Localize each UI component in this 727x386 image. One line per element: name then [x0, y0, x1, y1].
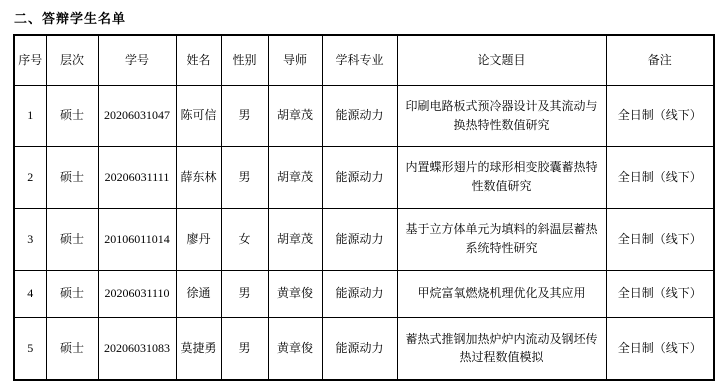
table-cell: 3: [14, 208, 46, 270]
table-cell: 胡章茂: [268, 85, 322, 146]
table-cell: 能源动力: [322, 270, 397, 317]
defense-student-table: 序号层次学号姓名性别导师学科专业论文题目备注 1硕士20206031047陈可信…: [13, 34, 715, 381]
table-row: 2硕士20206031111薛东林男胡章茂能源动力内置蝶形翅片的球形相变胶囊蓄热…: [14, 146, 714, 208]
table-row: 1硕士20206031047陈可信男胡章茂能源动力印刷电路板式预冷器设计及其流动…: [14, 85, 714, 146]
table-cell: 全日制（线下）: [606, 208, 714, 270]
table-cell: 硕士: [46, 208, 98, 270]
column-header: 备注: [606, 35, 714, 85]
table-cell: 全日制（线下）: [606, 146, 714, 208]
table-cell: 20206031083: [98, 317, 176, 380]
table-row: 3硕士20106011014廖丹女胡章茂能源动力基于立方体单元为填料的斜温层蓄热…: [14, 208, 714, 270]
column-header: 姓名: [176, 35, 221, 85]
table-cell: 1: [14, 85, 46, 146]
table-cell: 男: [221, 317, 268, 380]
table-cell: 廖丹: [176, 208, 221, 270]
table-header: 序号层次学号姓名性别导师学科专业论文题目备注: [14, 35, 714, 85]
table-cell: 男: [221, 85, 268, 146]
table-cell: 内置蝶形翅片的球形相变胶囊蓄热特性数值研究: [397, 146, 606, 208]
table-cell: 能源动力: [322, 85, 397, 146]
column-header: 论文题目: [397, 35, 606, 85]
column-header: 导师: [268, 35, 322, 85]
table-cell: 胡章茂: [268, 208, 322, 270]
table-cell: 硕士: [46, 270, 98, 317]
table-cell: 基于立方体单元为填料的斜温层蓄热系统特性研究: [397, 208, 606, 270]
column-header: 学号: [98, 35, 176, 85]
table-cell: 5: [14, 317, 46, 380]
table-cell: 20206031111: [98, 146, 176, 208]
table-cell: 印刷电路板式预冷器设计及其流动与换热特性数值研究: [397, 85, 606, 146]
section-title: 二、答辩学生名单: [0, 0, 727, 34]
table-cell: 能源动力: [322, 208, 397, 270]
table-cell: 男: [221, 146, 268, 208]
table-cell: 莫捷勇: [176, 317, 221, 380]
table-cell: 徐通: [176, 270, 221, 317]
table-cell: 硕士: [46, 146, 98, 208]
header-row: 序号层次学号姓名性别导师学科专业论文题目备注: [14, 35, 714, 85]
table-cell: 4: [14, 270, 46, 317]
table-body: 1硕士20206031047陈可信男胡章茂能源动力印刷电路板式预冷器设计及其流动…: [14, 85, 714, 380]
column-header: 层次: [46, 35, 98, 85]
table-cell: 硕士: [46, 317, 98, 380]
table-row: 4硕士20206031110徐通男黄章俊能源动力甲烷富氧燃烧机理优化及其应用全日…: [14, 270, 714, 317]
table-cell: 20106011014: [98, 208, 176, 270]
table-cell: 陈可信: [176, 85, 221, 146]
table-cell: 男: [221, 270, 268, 317]
document-page: 二、答辩学生名单 序号层次学号姓名性别导师学科专业论文题目备注 1硕士20206…: [0, 0, 727, 386]
table-cell: 胡章茂: [268, 146, 322, 208]
table-cell: 20206031047: [98, 85, 176, 146]
column-header: 性别: [221, 35, 268, 85]
table-cell: 全日制（线下）: [606, 85, 714, 146]
table-cell: 黄章俊: [268, 270, 322, 317]
table-cell: 2: [14, 146, 46, 208]
table-cell: 女: [221, 208, 268, 270]
column-header: 序号: [14, 35, 46, 85]
table-cell: 能源动力: [322, 146, 397, 208]
table-cell: 硕士: [46, 85, 98, 146]
table-cell: 能源动力: [322, 317, 397, 380]
table-cell: 蓄热式推钢加热炉炉内流动及钢坯传热过程数值模拟: [397, 317, 606, 380]
table-cell: 甲烷富氧燃烧机理优化及其应用: [397, 270, 606, 317]
table-cell: 黄章俊: [268, 317, 322, 380]
column-header: 学科专业: [322, 35, 397, 85]
table-cell: 薛东林: [176, 146, 221, 208]
table-cell: 全日制（线下）: [606, 270, 714, 317]
table-cell: 20206031110: [98, 270, 176, 317]
table-cell: 全日制（线下）: [606, 317, 714, 380]
table-row: 5硕士20206031083莫捷勇男黄章俊能源动力蓄热式推钢加热炉炉内流动及钢坯…: [14, 317, 714, 380]
